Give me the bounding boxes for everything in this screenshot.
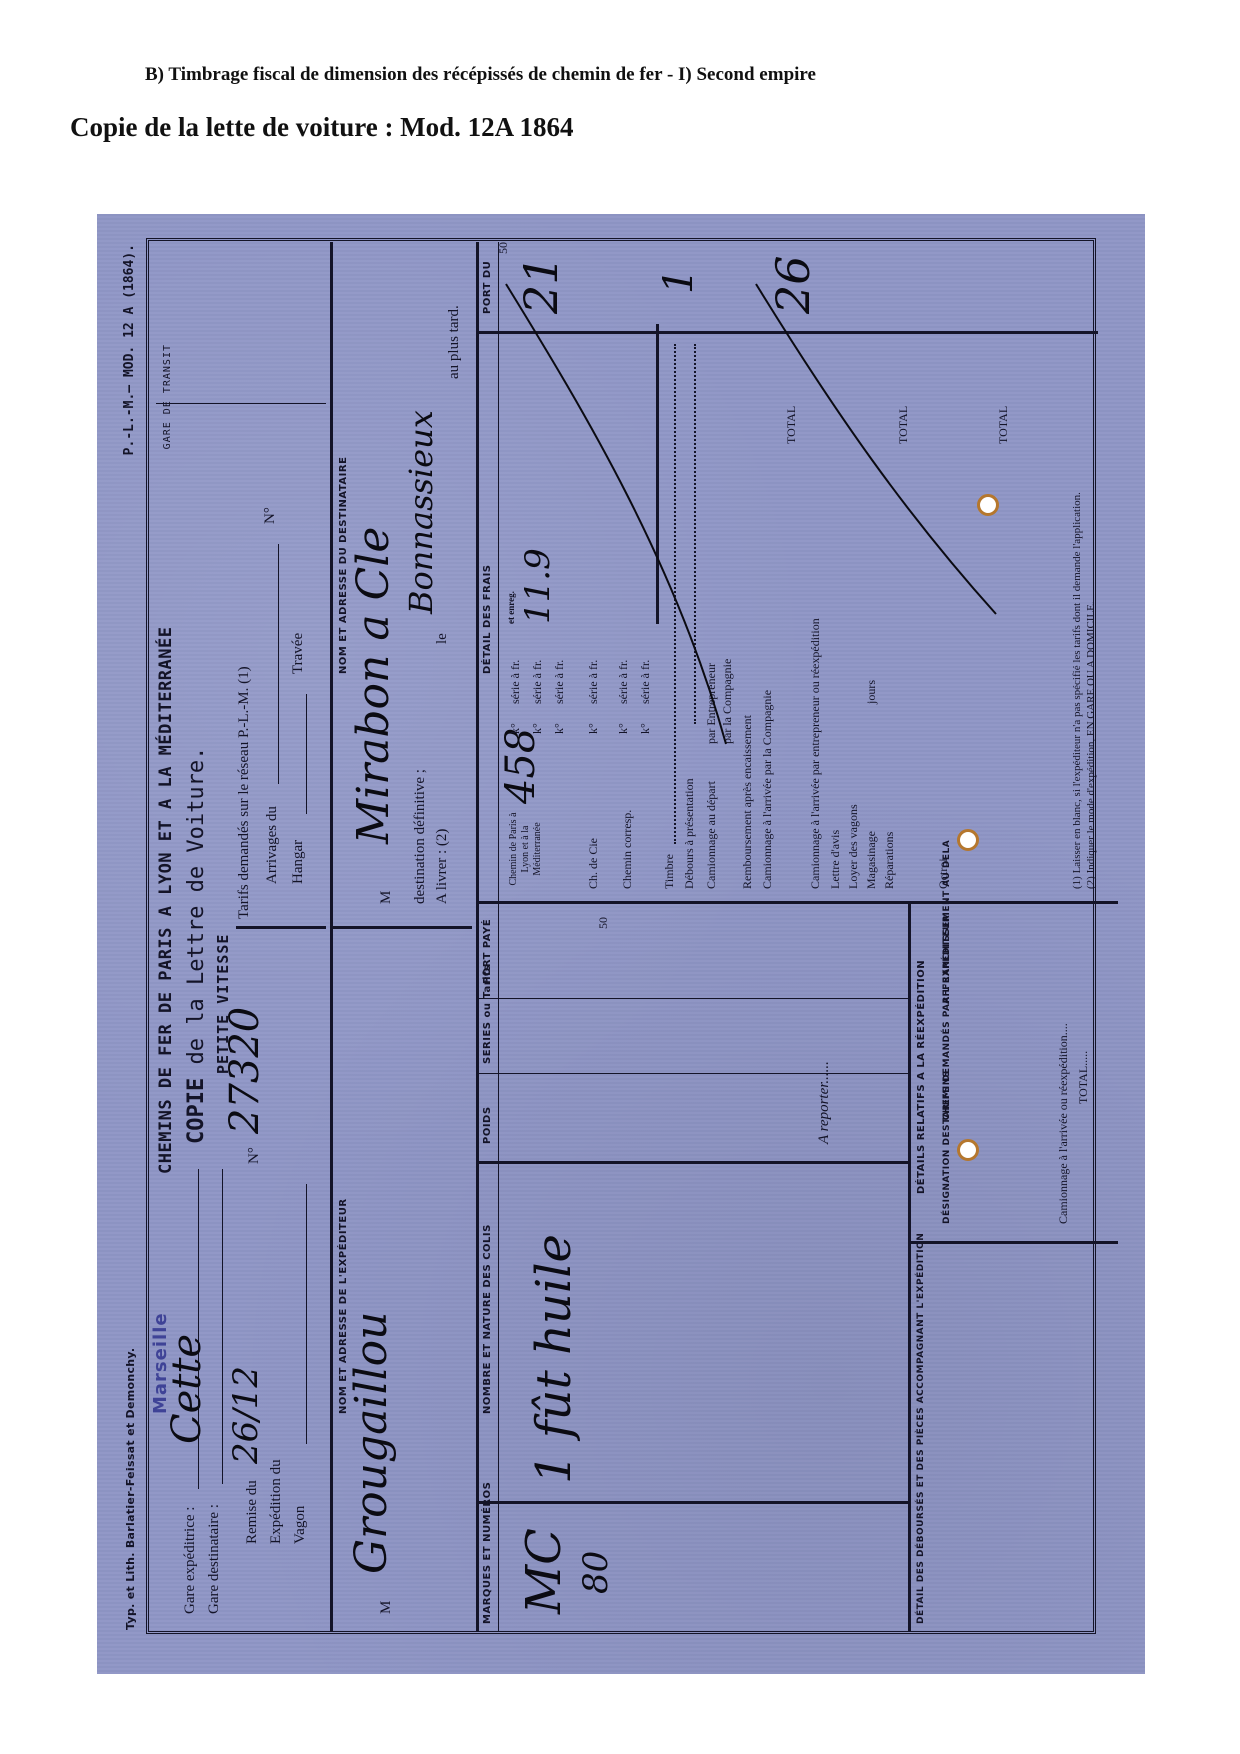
- label-hangar: Hangar: [290, 840, 307, 884]
- rule: [656, 324, 659, 624]
- handwritten-numero: 27320: [222, 1007, 268, 1134]
- label-remise-du: Remise du: [244, 1480, 261, 1544]
- label-serie-a-fr: série à fr.: [508, 660, 523, 704]
- label-destination: destination définitive ;: [412, 769, 429, 904]
- label-lettre-avis: Lettre d'avis: [828, 830, 843, 889]
- label-tarifs-demandes: Tarifs demandés sur le réseau P.-L.-M. (…: [236, 666, 253, 919]
- printer-imprint: Typ. et Lith. Barlatier-Feissat et Demon…: [124, 1348, 137, 1630]
- header-poids: POIDS: [482, 1106, 493, 1144]
- field-line: [222, 1169, 223, 1484]
- page-subtitle: B) Timbrage fiscal de dimension des récé…: [145, 64, 816, 86]
- label-timbre: Timbre: [662, 854, 677, 889]
- label-ko: k°: [530, 723, 545, 734]
- form-frame: [146, 238, 1096, 1634]
- label-chemin-corresp: Chemin corresp.: [620, 810, 635, 889]
- label-serie-a-fr: série à fr.: [530, 660, 545, 704]
- consignment-note-form: Typ. et Lith. Barlatier-Feissat et Demon…: [116, 224, 1126, 1664]
- label-reparations: Réparations: [882, 832, 897, 889]
- column-divider: [478, 998, 908, 999]
- rule: [498, 242, 499, 1632]
- label-gare-expeditrice: Gare expéditrice :: [182, 1507, 199, 1614]
- label-camionnage-arrivee-cie: Camionnage à l'arrivée par la Compagnie: [760, 690, 775, 889]
- handwritten-sender: Grougaillou: [346, 1312, 397, 1574]
- label-arrivages-du: Arrivages du: [264, 806, 281, 884]
- label-total-2: TOTAL: [896, 406, 911, 444]
- header-affranchissement: AFFRANCHISSEMENT AU DELA: [942, 840, 952, 1004]
- rule: [476, 242, 479, 1632]
- label-vagon: Vagon: [292, 1506, 309, 1544]
- footnote-1: (1) Laisser en blanc, si l'expéditeur n'…: [1071, 492, 1083, 889]
- label-total-3: TOTAL: [996, 406, 1011, 444]
- field-line: [306, 694, 307, 814]
- label-serie-a-fr: série à fr.: [552, 660, 567, 704]
- page-title: Copie de la lette de voiture : Mod. 12A …: [70, 112, 573, 143]
- label-camionnage-arrivee-entr: Camionnage à l'arrivée par entrepreneur …: [808, 618, 823, 889]
- label-ko: k°: [616, 723, 631, 734]
- label-magasinage: Magasinage: [864, 831, 879, 889]
- header-details-reexpedition: DÉTAILS RELATIFS A LA RÉEXPÉDITION: [916, 960, 927, 1194]
- label-camionnage-reexp: Camionnage à l'arrivée ou réexpédition..…: [1056, 1023, 1071, 1224]
- field-line: [278, 544, 279, 784]
- column-divider: [478, 331, 1098, 334]
- label-serie-a-fr: série à fr.: [616, 660, 631, 704]
- label-a-reporter: A reporter......: [816, 1061, 833, 1144]
- header-nombre-nature: NOMBRE ET NATURE DES COLIS: [482, 1224, 493, 1414]
- handwritten-gare-expeditrice: Cette: [164, 1334, 210, 1444]
- handwritten-port-du-total: 26: [766, 255, 820, 314]
- handwritten-weight: 458: [498, 728, 544, 804]
- header-detail-frais: DÉTAIL DES FRAIS: [482, 565, 493, 675]
- label-jours: jours: [864, 680, 879, 704]
- handwritten-tariff: 11.9: [518, 548, 558, 624]
- header-port-paye: PORT PAYÉ: [482, 919, 493, 984]
- copy-title: COPIE de la Lettre de Voiture.: [184, 747, 209, 1144]
- handwritten-marks-number: 80: [576, 1551, 616, 1594]
- handwritten-remise-du: 26/12: [226, 1366, 266, 1464]
- column-divider: [478, 1501, 908, 1504]
- label-a-livrer: A livrer : (2): [434, 829, 451, 904]
- label-remboursement: Remboursement après encaissement: [740, 715, 755, 889]
- col-50-du: 50: [496, 242, 511, 254]
- label-ch-de-cie: Ch. de Cie: [586, 838, 601, 889]
- column-divider: [908, 1241, 1118, 1244]
- label-gare-destinataire: Gare destinataire :: [206, 1504, 223, 1614]
- label-total-reexp: TOTAL.....: [1076, 1051, 1091, 1104]
- label-le: le: [434, 633, 451, 644]
- label-total-1: TOTAL: [784, 406, 799, 444]
- label-numero: N°: [246, 1147, 263, 1164]
- copy-title-prefix: COPIE: [184, 1078, 209, 1144]
- label-par-compagnie: par la Compagnie: [720, 659, 735, 744]
- label-numero-2: N°: [262, 507, 279, 524]
- scanned-document: Typ. et Lith. Barlatier-Feissat et Demon…: [97, 214, 1145, 1674]
- company-name: CHEMINS DE FER DE PARIS A LYON ET A LA M…: [156, 627, 176, 1174]
- label-et-enreg: et enreg.: [506, 591, 516, 624]
- column-divider: [478, 1073, 908, 1074]
- footnote-2: (2) Indiquer le mode d'expédition, EN GA…: [1085, 601, 1097, 889]
- copy-title-rest: de la Lettre de Voiture.: [184, 747, 209, 1065]
- label-loyer-vagons: Loyer des vagons: [846, 804, 861, 889]
- label-ko: k°: [586, 723, 601, 734]
- column-divider: [478, 901, 1118, 904]
- divider: [236, 926, 326, 929]
- transit-station-label: GARE DE TRANSIT: [162, 344, 173, 449]
- rule: [330, 242, 333, 1632]
- label-m-sender: M: [378, 1601, 395, 1614]
- label-chemin-plm: Chemin de Paris à Lyon et à la Méditerra…: [508, 809, 544, 889]
- label-camionnage-depart: Camionnage au départ: [704, 781, 719, 889]
- label-au-plus-tard: au plus tard.: [446, 305, 463, 379]
- label-travee: Travée: [290, 633, 307, 674]
- dotted-leader: [694, 344, 696, 724]
- divider: [156, 403, 326, 404]
- header-detail-debourses: DÉTAIL DES DÉBOURSÉS ET DES PIÈCES ACCOM…: [916, 1233, 926, 1624]
- label-ko: k°: [508, 723, 523, 734]
- label-serie-a-fr: série à fr.: [638, 660, 653, 704]
- model-reference: P.-L.-M.— MOD. 12 A (1864).: [122, 244, 137, 455]
- column-divider: [478, 1161, 908, 1164]
- handwritten-parcels: 1 fût huile: [526, 1234, 582, 1484]
- label-m-recipient: M: [378, 891, 395, 904]
- label-ko: k°: [638, 723, 653, 734]
- label-expedition-du: Expédition du: [268, 1459, 285, 1544]
- label-ko: k°: [552, 723, 567, 734]
- handwritten-marks: MC: [516, 1528, 572, 1614]
- handwritten-recipient: Mirabon a Cle: [348, 527, 399, 844]
- dotted-leader: [674, 344, 676, 844]
- rule: [908, 902, 911, 1632]
- divider: [332, 926, 472, 929]
- label-par-entrepreneur: par Entrepreneur: [704, 663, 719, 744]
- handwritten-port-du-2: 1: [656, 269, 702, 294]
- handwritten-livrer: Bonnassieux: [402, 410, 440, 614]
- header-port-du: PORT DU: [482, 261, 493, 314]
- label-debours: Débours à présentation: [682, 778, 697, 889]
- handwritten-port-du-1: 21: [514, 255, 568, 314]
- col-50-paye: 50: [596, 917, 611, 929]
- label-serie-a-fr: série à fr.: [586, 660, 601, 704]
- field-line: [306, 1184, 307, 1444]
